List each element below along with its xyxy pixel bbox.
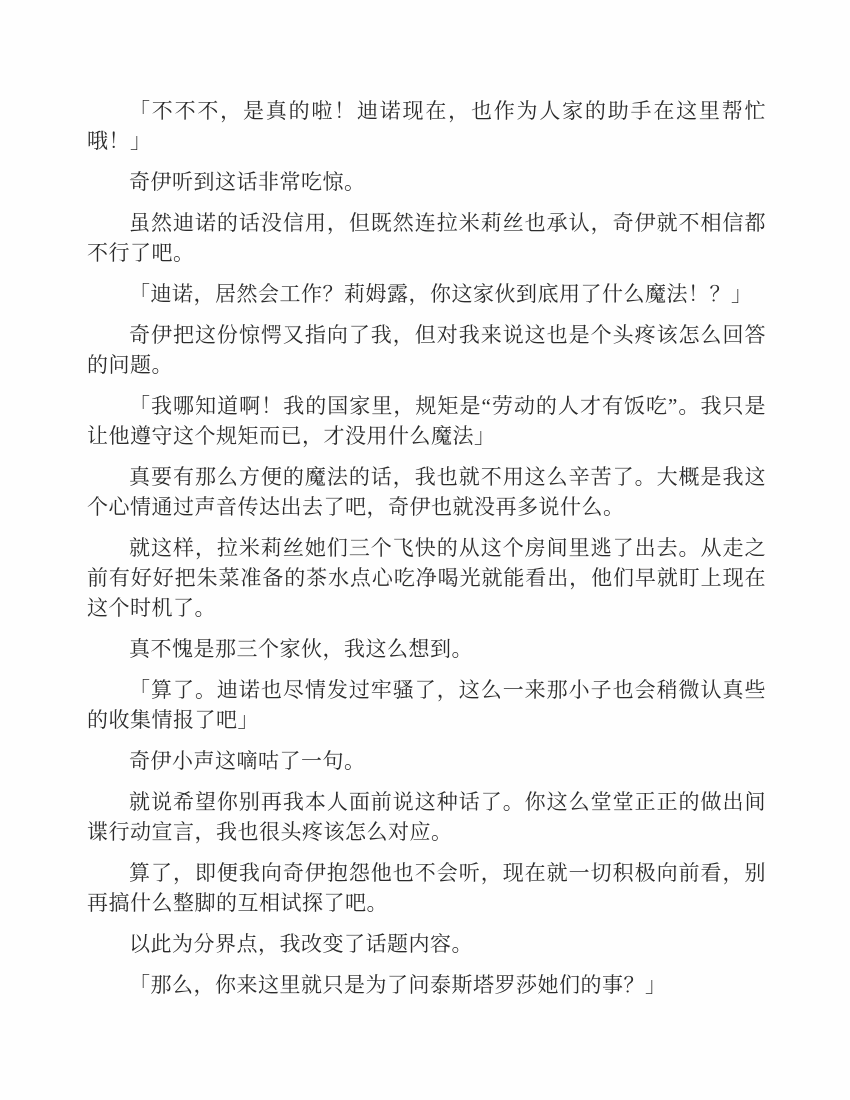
novel-page: 「不不不，是真的啦！迪诺现在，也作为人家的助手在这里帮忙哦！」奇伊听到这话非常吃… [0,0,850,1100]
paragraph: 奇伊听到这话非常吃惊。 [87,167,766,197]
paragraph: 以此为分界点，我改变了话题内容。 [87,929,766,959]
paragraph: 算了，即便我向奇伊抱怨他也不会听，现在就一切积极向前看，别再搞什么整脚的互相试探… [87,858,766,918]
paragraph: 「迪诺，居然会工作？莉姆露，你这家伙到底用了什么魔法！？」 [87,279,766,309]
paragraph: 真不愧是那三个家伙，我这么想到。 [87,634,766,664]
paragraph: 就说希望你别再我本人面前说这种话了。你这么堂堂正正的做出间谍行动宣言，我也很头疼… [87,787,766,847]
paragraph: 虽然迪诺的话没信用，但既然连拉米莉丝也承认，奇伊就不相信都不行了吧。 [87,208,766,268]
paragraph: 真要有那么方便的魔法的话，我也就不用这么辛苦了。大概是我这个心情通过声音传达出去… [87,462,766,522]
paragraph: 「不不不，是真的啦！迪诺现在，也作为人家的助手在这里帮忙哦！」 [87,96,766,156]
paragraph: 「那么，你来这里就只是为了问泰斯塔罗莎她们的事？」 [87,970,766,1000]
paragraph: 「我哪知道啊！我的国家里，规矩是“劳动的人才有饭吃”。我只是让他遵守这个规矩而已… [87,391,766,451]
paragraph: 就这样，拉米莉丝她们三个飞快的从这个房间里逃了出去。从走之前有好好把朱菜准备的茶… [87,533,766,623]
paragraph-list: 「不不不，是真的啦！迪诺现在，也作为人家的助手在这里帮忙哦！」奇伊听到这话非常吃… [87,96,766,1000]
paragraph: 奇伊把这份惊愕又指向了我，但对我来说这也是个头疼该怎么回答的问题。 [87,320,766,380]
paragraph: 「算了。迪诺也尽情发过牢骚了，这么一来那小子也会稍微认真些的收集情报了吧」 [87,675,766,735]
paragraph: 奇伊小声这嘀咕了一句。 [87,746,766,776]
